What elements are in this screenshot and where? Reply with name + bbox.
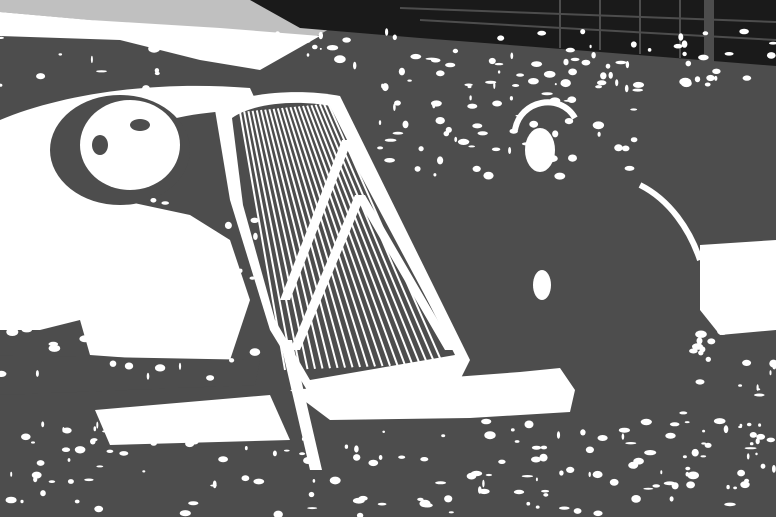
headlight	[50, 95, 190, 205]
second-car-badge	[533, 270, 551, 300]
background-patch-right	[700, 240, 776, 335]
posterized-photo	[0, 0, 776, 517]
fence-post	[704, 0, 714, 62]
second-car-lamp	[525, 128, 555, 172]
